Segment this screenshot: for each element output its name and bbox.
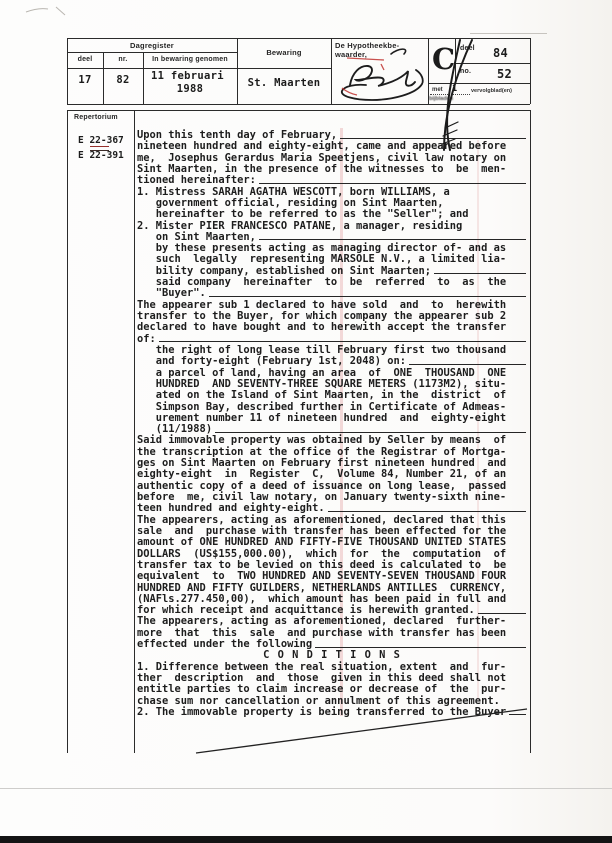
deed-line: Sint Maarten, in the presence of the wit… (137, 163, 527, 174)
deed-line: effected under the following (137, 638, 527, 649)
deed-line: The appearers, acting as aforementioned,… (137, 514, 527, 525)
deed-line: said company hereinafter to be referred … (137, 276, 527, 287)
deed-line: declared to have bought and to herewith … (137, 321, 527, 332)
deed-line: (NAFls.277.450,00), which amount has bee… (137, 593, 527, 604)
red-ink-marks (342, 58, 384, 95)
deed-line: (11/1988) (137, 423, 527, 434)
table-border (455, 38, 456, 83)
table-border (67, 38, 530, 39)
fill-rule (478, 604, 526, 614)
content-box-border (67, 110, 68, 753)
deed-line: chase sum nor cancellation or annulment … (137, 695, 527, 706)
vervolgblad-label: vervolgblad(en) (471, 88, 512, 94)
deed-line: transfer tax to be levied on this deed i… (137, 559, 527, 570)
content-box-border (134, 110, 135, 753)
deed-line: HUNDRED AND SEVENTY-THREE SQUARE METERS … (137, 378, 527, 389)
deed-line: eighty-eight in Register C, Volume 84, N… (137, 468, 527, 479)
register-no-value: 52 (497, 67, 512, 81)
repertorium-entry: E 22-391 (78, 150, 124, 161)
deed-line: of: (137, 333, 527, 344)
deed-line: 2. Mister PIER FRANCESCO PATANE, a manag… (137, 220, 527, 231)
deed-line: equivalent to TWO HUNDRED AND SEVENTY-SE… (137, 570, 527, 581)
fill-rule (159, 333, 526, 343)
deed-line: HUNDRED AND FIFTY GUILDERS, NETHERLANDS … (137, 582, 527, 593)
deed-line: sale and purchase with transfer has been… (137, 525, 527, 536)
bewaring-value: St. Maarten (237, 77, 331, 89)
deed-line: such legally representing MARSOLE N.V., … (137, 253, 527, 264)
content-box-border (67, 110, 530, 111)
deed-text: Upon this tenth day of February,nineteen… (137, 129, 527, 717)
deed-line: Upon this tenth day of February, (137, 129, 527, 140)
scan-fold-line (0, 788, 612, 789)
deed-line: the transcription at the office of the R… (137, 446, 527, 457)
scan-artifact-line (470, 33, 547, 34)
register-no-label: no. (460, 68, 471, 75)
form-dotted-line (430, 86, 470, 95)
in-bewaring-label: In bewaring genomen (143, 56, 237, 63)
table-border (67, 104, 530, 105)
deed-line: hereinafter to be referred to as the "Se… (137, 208, 527, 219)
red-double-underline (90, 146, 109, 151)
table-border (67, 52, 237, 53)
deed-line: on Sint Maarten, (137, 231, 527, 242)
bijbladen-label: bijbladen (429, 96, 453, 102)
deed-line: ated on the Island of Sint Maarten, in t… (137, 389, 527, 400)
deed-line: DOLLARS (US$155,000.00), which for the c… (137, 548, 527, 559)
fill-rule (509, 706, 526, 716)
deed-line: the right of long lease till February fi… (137, 344, 527, 355)
deed-line: tioned hereinafter: (137, 174, 527, 185)
dagregister-deel-value: 17 (67, 74, 103, 86)
bewaring-label: Bewaring (237, 48, 331, 57)
deed-line: 1. Difference between the real situation… (137, 661, 527, 672)
date-taken-line2: 1988 (151, 83, 229, 95)
register-deel-label: deel (460, 45, 475, 52)
fill-rule (259, 231, 526, 241)
table-border (67, 68, 331, 69)
repertorium-entry: E 22-367 (78, 135, 124, 146)
deed-line: by these presents acting as managing dir… (137, 242, 527, 253)
deed-line: me, Josephus Gerardus Maria Speetjens, c… (137, 152, 527, 163)
deed-line: Said immovable property was obtained by … (137, 434, 527, 445)
fill-rule (340, 129, 526, 139)
deed-line: teen hundred and eighty-eight. (137, 502, 527, 513)
deed-line: amount of ONE HUNDRED AND FIFTY-FIVE THO… (137, 536, 527, 547)
table-border (455, 63, 530, 64)
deed-line: The appearers, acting as aforementioned,… (137, 615, 527, 626)
fill-rule (434, 265, 526, 275)
content-box-border (530, 110, 531, 753)
table-border (428, 38, 429, 104)
deed-line: The appearer sub 1 declared to have sold… (137, 299, 527, 310)
scan-edge-shadow (0, 836, 612, 843)
nr-column-label: nr. (103, 56, 143, 63)
deed-line: and forty-eight (February 1st, 2048) on: (137, 355, 527, 366)
hypotheekbewaarder-label-2: waarder, (335, 50, 367, 59)
deed-line: before me, civil law notary, on January … (137, 491, 527, 502)
pencil-smudge (26, 7, 65, 15)
fill-rule (259, 174, 526, 184)
deed-line: authentic copy of a deed of issuance on … (137, 480, 527, 491)
deed-line: for which receipt and acquittance is her… (137, 604, 527, 615)
deed-line: a parcel of land, having an area of ONE … (137, 367, 527, 378)
table-border (428, 83, 530, 84)
scanned-deed-page: Dagregister deel nr. In bewaring genomen… (0, 0, 612, 843)
deel-column-label: deel (67, 56, 103, 63)
register-deel-value: 84 (493, 46, 508, 60)
fill-rule (209, 287, 526, 297)
fill-rule (409, 355, 526, 365)
deed-line: "Buyer". (137, 287, 527, 298)
register-letter-c: C (432, 42, 455, 76)
deed-line: Simpson Bay, described further in Certif… (137, 401, 527, 412)
table-border (530, 38, 531, 104)
deed-line: transfer to the Buyer, for which company… (137, 310, 527, 321)
date-taken-line1: 11 februari (151, 70, 224, 82)
deed-line: bility company, established on Sint Maar… (137, 265, 527, 276)
deed-line: nineteen hundred and eighty-eight, came … (137, 140, 527, 151)
dagregister-label: Dagregister (67, 41, 237, 50)
deed-line: ges on Sint Maarten on February first ni… (137, 457, 527, 468)
deed-line: ther description and those given in this… (137, 672, 527, 683)
fill-rule (315, 638, 526, 648)
deed-line: C O N D I T I O N S (137, 649, 527, 660)
deed-line: 2. The immovable property is being trans… (137, 706, 527, 717)
deed-line: entitle parties to claim increase or dec… (137, 683, 527, 694)
dagregister-nr-value: 82 (103, 74, 143, 86)
hypotheekbewaarder-label-1: De Hypotheekbe- (335, 41, 399, 50)
deed-line: 1. Mistress SARAH AGATHA WESCOTT, born W… (137, 186, 527, 197)
table-border (331, 38, 332, 104)
deed-line: more that this sale and purchase with tr… (137, 627, 527, 638)
deed-line: government official, residing on Sint Ma… (137, 197, 527, 208)
fill-rule (215, 423, 526, 433)
deed-line: urement number 11 of nineteen hundred an… (137, 412, 527, 423)
repertorium-label: Repertorium (74, 114, 118, 121)
fill-rule (328, 502, 526, 512)
